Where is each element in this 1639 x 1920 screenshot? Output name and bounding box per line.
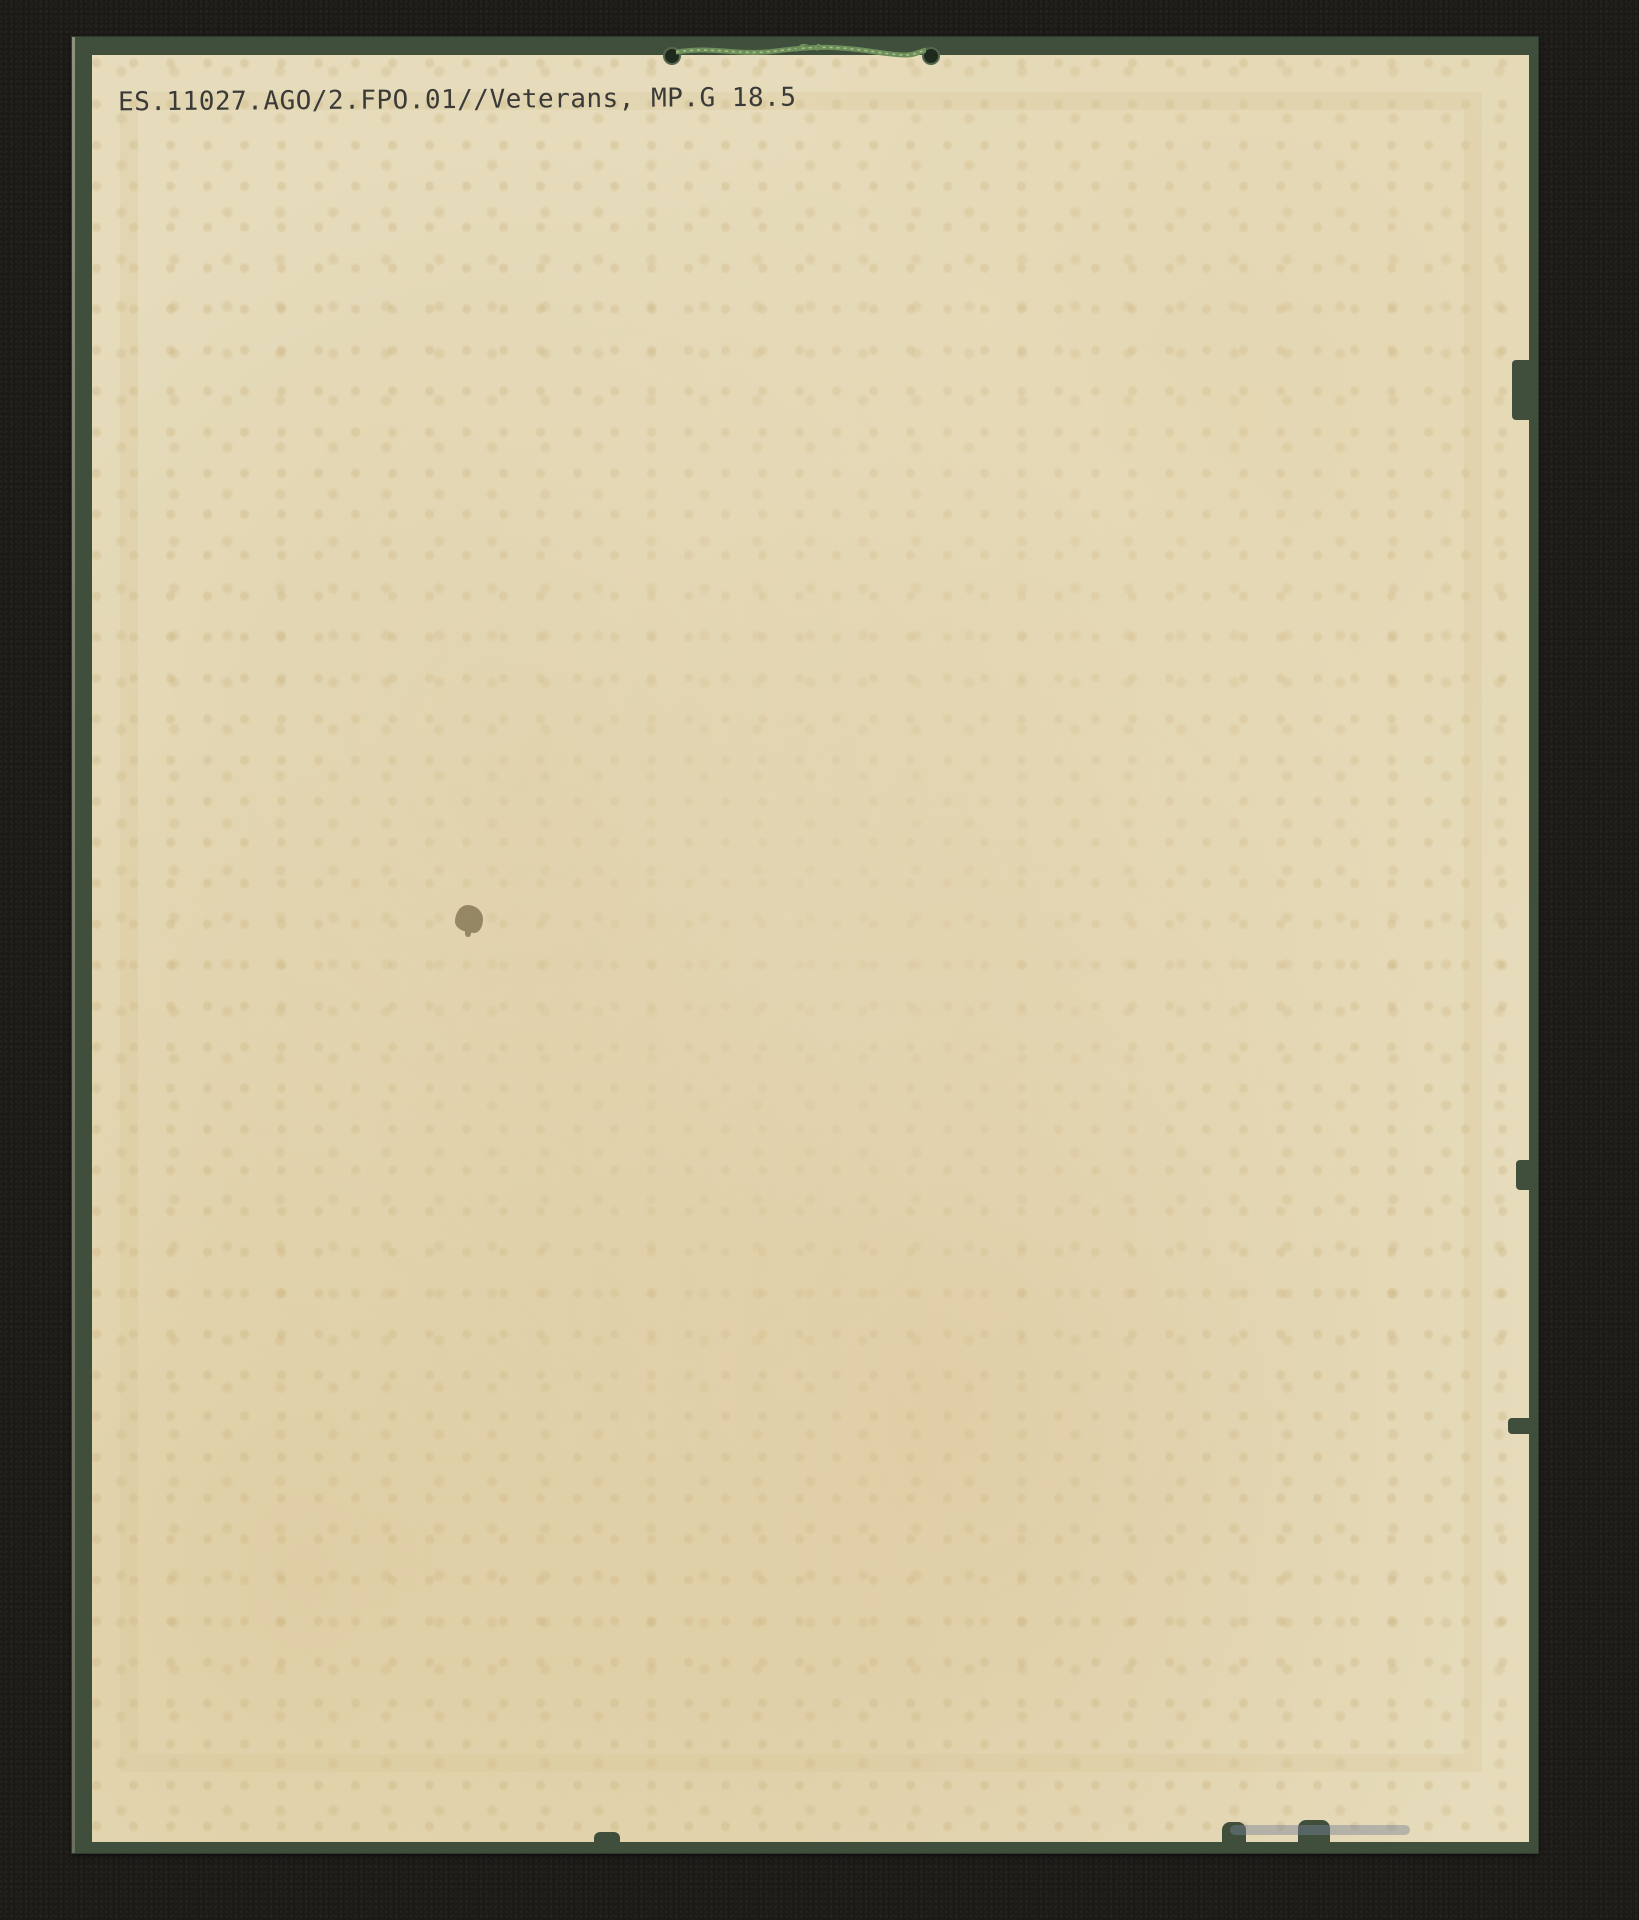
tape-damage-bottom-3 — [594, 1832, 620, 1842]
tape-damage-right-2 — [1516, 1160, 1530, 1190]
tape-damage-right-1 — [1512, 360, 1532, 420]
archival-inscription: ES.11027.AGO/2.FPO.01//Veterans, MP.G 18… — [118, 83, 797, 118]
stain-spot — [455, 905, 483, 933]
pencil-smudge — [1230, 1825, 1410, 1835]
tape-damage-right-3 — [1508, 1418, 1530, 1434]
hanging-string — [676, 44, 926, 58]
paper-backing — [92, 55, 1529, 1842]
